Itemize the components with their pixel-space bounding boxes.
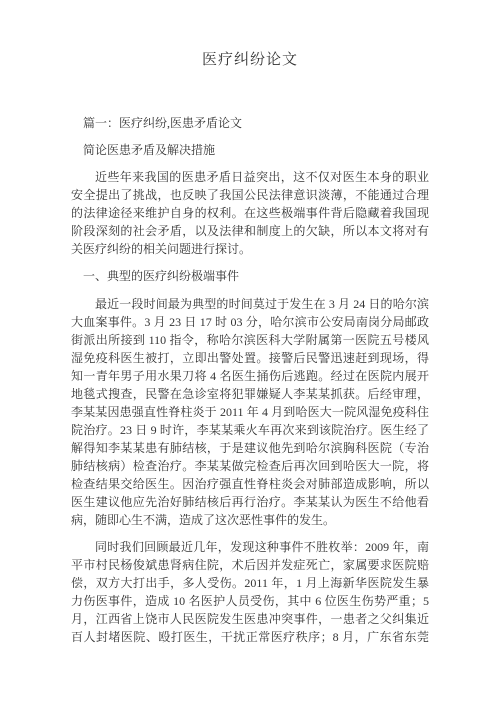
- intro-paragraph: 近些年来我国的医患矛盾日益突出，这不仅对医生本身的职业安全提出了挑战，也反映了我…: [71, 168, 429, 258]
- incidents-paragraph: 同时我们回顾最近几年，发现这种事件不胜枚举：2009 年，南平市村民杨俊斌患肾病…: [71, 538, 429, 646]
- part-label: 篇一：医疗纠纷,医患矛盾论文: [71, 114, 429, 132]
- case-paragraph: 最近一段时间最为典型的时间莫过于发生在 3 月 24 日的哈尔滨大血案事件。3 …: [71, 295, 429, 529]
- essay-title: 简论医患矛盾及解决措施: [71, 141, 429, 159]
- document-title: 医疗纠纷论文: [71, 50, 429, 70]
- section-heading: 一、典型的医疗纠纷极端事件: [71, 267, 429, 285]
- document-page: 医疗纠纷论文 篇一：医疗纠纷,医患矛盾论文 简论医患矛盾及解决措施 近些年来我国…: [0, 0, 500, 707]
